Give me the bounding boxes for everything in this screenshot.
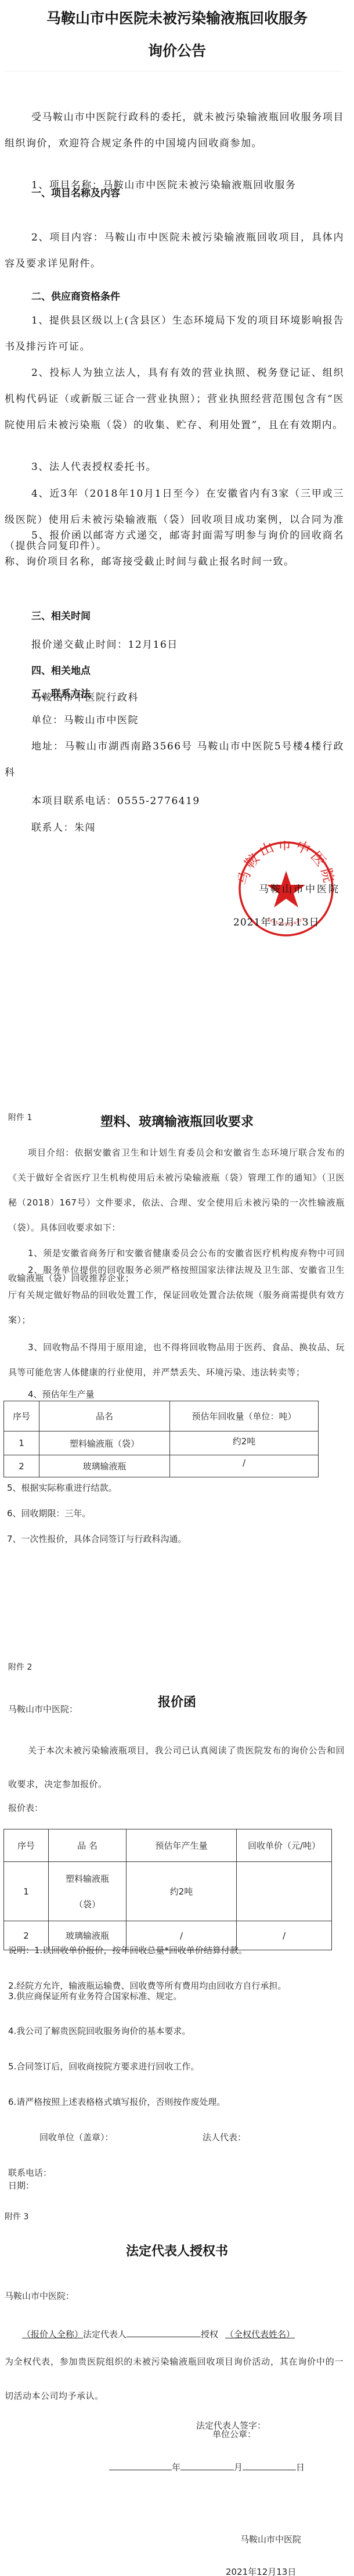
annex2-sign-unit: 回收单位（盖章）： (39, 2130, 114, 2144)
text-legal-rep: 法定代表人 (83, 2329, 127, 2340)
section2-item3: 3、法人代表授权委托书。 (5, 454, 344, 480)
cell-volume: / (170, 1455, 319, 1477)
cell-volume: 约2吨 (170, 1431, 319, 1455)
annex1-item6: 6、回收期限：三年。 (7, 1506, 91, 1520)
annex2-phone-label: 联系电话： (8, 2166, 52, 2180)
annex3-footer-date: 2021年12月13日 (226, 2565, 296, 2576)
notice-title-line2: 询价公告 (0, 41, 354, 62)
notice-signature-date: 2021年12月13日 (233, 916, 320, 930)
cell-unit-price-input[interactable] (237, 1862, 332, 1921)
blank-year[interactable] (109, 2459, 172, 2470)
date-day-label: 日 (296, 2462, 305, 2473)
annex1-title: 塑料、玻璃输液瓶回收要求 (0, 1113, 354, 1131)
col-header-index: 序号 (4, 1829, 49, 1862)
cell-index: 1 (4, 1862, 49, 1921)
annex2-note1: 说明：1.以回收单价报价，按年回收总量*回收单价结算付款。 (8, 1943, 247, 1957)
col-header-product: 品名 (39, 1401, 170, 1431)
cell-product: 塑料输液瓶（袋） (49, 1862, 127, 1921)
cell-index: 2 (4, 1455, 39, 1477)
section-heading-3: 三、相关时间 (31, 608, 91, 625)
annex2-label: 附件 2 (8, 1662, 32, 1673)
annex1-item7: 7、一次性报价，具体合同签订与行政科沟通。 (7, 1532, 187, 1546)
annex3-addressee: 马鞍山市中医院： (5, 2289, 74, 2303)
notice-title-line1: 马鞍山市中医院未被污染输液瓶回收服务 (0, 8, 354, 29)
notice-intro: 受马鞍山市中医院行政科的委托，就未被污染输液瓶回收服务项目组织询价，欢迎符合规定… (5, 105, 344, 157)
annex2-addressee: 马鞍山市中医院： (8, 1702, 78, 1716)
annex2-note6: 6.请严格按照上述表格格式填写报价，否则按作废处理。 (8, 2095, 225, 2109)
table-row: 1 塑料输液瓶（袋） 约2吨 (4, 1431, 319, 1455)
section2-item5: 5、报价函以邮寄方式递交，邮寄封面需写明参与询价的回收商名称、询价项目名称，邮寄… (5, 523, 344, 575)
date-year-label: 年 (172, 2462, 180, 2473)
table-header-row: 序号 品 名 预估年产生量 回收单价（元/吨） (4, 1829, 332, 1862)
table-header-row: 序号 品名 预估年回收量（单位：吨） (4, 1401, 319, 1431)
contact-address: 地址：马鞍山市湖西南路3566号 马鞍山市中医院5号楼4楼行政科 (5, 734, 344, 786)
annex2-table-label: 报价表： (8, 1801, 43, 1815)
section1-item1: 1、项目名称：马鞍山市中医院未被污染输液瓶回收服务 (5, 173, 344, 199)
table-row: 1 塑料输液瓶（袋） 约2吨 (4, 1862, 332, 1921)
cell-unit-price: / (237, 1921, 332, 1950)
notice-signature-org: 马鞍山市中医院 (259, 882, 340, 896)
text-authorize: 授权 (201, 2329, 218, 2340)
annex3-authorization-line: （报价人全称）法定代表人授权（全权代表姓名） (22, 2326, 295, 2341)
title-divider (3, 71, 343, 71)
annex2-date-label: 日期： (8, 2179, 34, 2193)
col-header-index: 序号 (4, 1401, 39, 1431)
col-header-unit-price: 回收单价（元/吨） (237, 1829, 332, 1862)
col-header-volume: 预估年回收量（单位：吨） (170, 1401, 319, 1431)
date-month-label: 月 (234, 2462, 243, 2473)
col-header-volume: 预估年产生量 (127, 1829, 237, 1862)
section2-item1: 1、提供县区级以上(含县区）生态环境局下发的项目环境影响报告书及排污许可证。 (5, 308, 344, 360)
annex3-footer-org: 马鞍山市中医院 (240, 2532, 301, 2546)
blank-day[interactable] (243, 2459, 296, 2470)
deadline-text: 报价递交截止时间：12月16日 (31, 636, 178, 654)
section-heading-4: 四、相关地点 (31, 662, 91, 680)
annex3-date-blanks: 年月日 (109, 2459, 305, 2474)
cell-product: 塑料输液瓶（袋） (39, 1431, 170, 1455)
cell-volume: 约2吨 (127, 1862, 237, 1921)
section-heading-5: 五、联系方法 (31, 686, 91, 703)
contact-person: 联系人：朱闯 (31, 819, 96, 837)
annex2-note4: 4.我公司了解贵医院回收服务询价的基本要求。 (8, 2024, 190, 2038)
annex1-item4: 4、预估年生产量 (28, 1387, 95, 1401)
blank-company-name[interactable]: （报价人全称） (22, 2329, 83, 2340)
annex2-quote-table: 序号 品 名 预估年产生量 回收单价（元/吨） 1 塑料输液瓶（袋） 约2吨 2… (3, 1829, 332, 1950)
blank-agent-name[interactable]: （全权代表姓名） (218, 2329, 295, 2340)
col-header-product: 品 名 (49, 1829, 127, 1862)
annex3-title: 法定代表人授权书 (0, 2243, 354, 2260)
annex2-note3: 3.供应商保证所有业务符合国家标准、规定。 (8, 1989, 182, 2003)
annex2-note5: 5.合同签订后，回收商按院方要求进行回收工作。 (8, 2060, 199, 2073)
annex1-intro: 项目介绍：依据安徽省卫生和计划生育委员会和安徽省生态环境厅联合发布的《关于做好全… (8, 1140, 345, 1240)
cell-index: 1 (4, 1431, 39, 1455)
annex2-sign-legal: 法人代表： (203, 2130, 246, 2144)
annex1-item3: 3、回收物品不得用于原用途，也不得将回收物品用于医药、食品、换妆品、玩具等可能危… (8, 1335, 345, 1385)
contact-phone: 本项目联系电话：0555-2776419 (31, 792, 200, 810)
annex1-volume-table: 序号 品名 预估年回收量（单位：吨） 1 塑料输液瓶（袋） 约2吨 2 玻璃输液… (3, 1401, 319, 1477)
blank-legal-rep-name[interactable] (127, 2326, 201, 2337)
section-heading-2: 二、供应商资格条件 (31, 288, 120, 306)
section2-item2: 2、投标人为独立法人，具有有效的营业执照、税务登记证、组织机构代码证（或新版三证… (5, 360, 344, 439)
section1-item2: 2、项目内容：马鞍山市中医院未被污染输液瓶回收项目，具体内容及要求详见附件。 (5, 225, 344, 277)
annex3-label: 附件 3 (5, 2211, 28, 2223)
cell-product: 玻璃输液瓶 (39, 1455, 170, 1477)
blank-month[interactable] (180, 2459, 234, 2470)
annex3-sign-seal: 单位公章： (212, 2427, 256, 2441)
annex3-body: 为全权代表，参加贵医院组织的未被污染输液瓶回收项目询价活动，其在询价中的一切活动… (5, 2345, 344, 2413)
table-row: 2 玻璃输液瓶 / (4, 1455, 319, 1477)
annex1-item5: 5、根据实际称重进行结款。 (7, 1481, 117, 1495)
contact-unit: 单位：马鞍山市中医院 (31, 712, 139, 729)
annex2-body: 关于本次未被污染输液瓶项目，我公司已认真阅读了贵医院发布的询价公告和回收要求，决… (8, 1734, 345, 1801)
annex1-item2: 2、服务单位提供的回收服务必须严格按照国家法律法规及卫生部、安徽省卫生厅有关规定… (8, 1258, 345, 1333)
